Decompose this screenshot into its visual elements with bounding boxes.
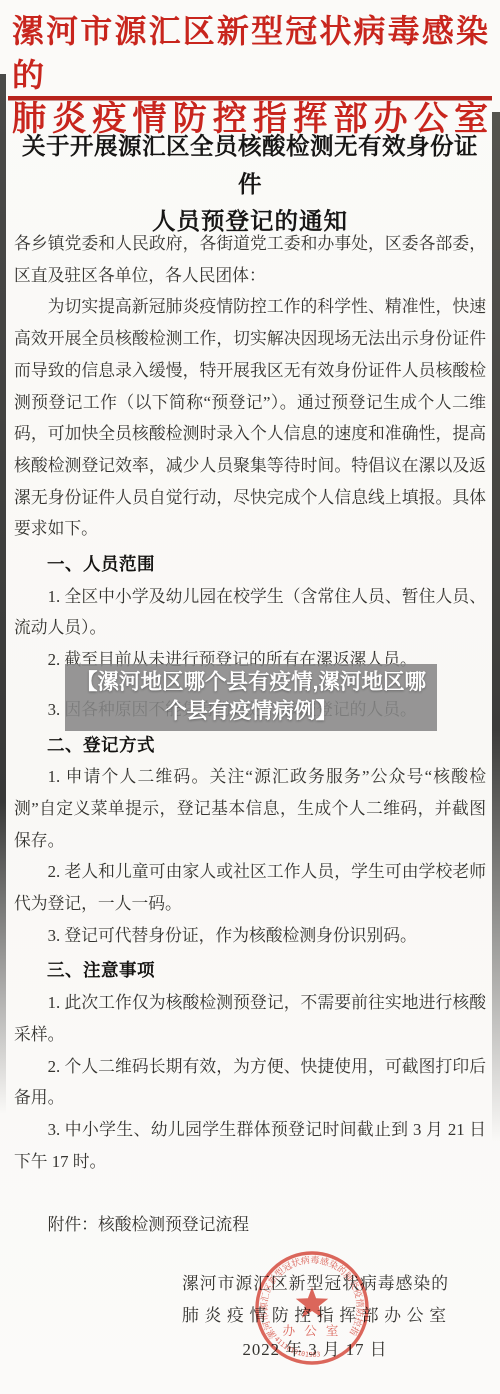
seal-center-text: 办 公 室: [283, 1323, 342, 1338]
section-3-heading: 三、注意事项: [47, 955, 486, 987]
section-3-item-3: 3. 中小学生、幼儿园学生群体预登记时间截止到 3 月 21 日下午 17 时。: [14, 1114, 486, 1177]
attachment-line: 附件：核酸检测预登记流程: [14, 1209, 486, 1241]
section-3-item-1: 1. 此次工作仅为核酸检测预登记，不需要前往实地进行核酸采样。: [14, 987, 486, 1050]
scanned-notice-page: 漯河市源汇区新型冠状病毒感染的 肺炎疫情防控指挥部办公室 关于开展源汇区全员核酸…: [0, 0, 500, 1394]
intro-paragraph: 为切实提高新冠肺炎疫情防控工作的科学性、精准性，快速高效开展全员核酸检测工作，切…: [14, 291, 486, 545]
section-2-heading: 二、登记方式: [47, 730, 486, 762]
section-3-item-2: 2. 个人二维码长期有效，为方便、快捷使用，可截图打印后备用。: [14, 1051, 486, 1114]
letterhead: 漯河市源汇区新型冠状病毒感染的 肺炎疫情防控指挥部办公室: [12, 9, 488, 143]
letterhead-divider: [8, 96, 492, 100]
watermark-line2: 个县有疫情病例】: [65, 697, 437, 726]
section-2-item-1: 1. 申请个人二维码。关注“源汇政务服务”公众号“核酸检测”自定义菜单提示，登记…: [14, 761, 486, 856]
section-2-item-2: 2. 老人和儿童可由家人或社区工作人员，学生可由学校老师代为登记，一人一码。: [14, 856, 486, 919]
watermark-overlay: 【漯河地区哪个县有疫情,漯河地区哪 个县有疫情病例】: [65, 664, 437, 731]
document-title: 关于开展源汇区全员核酸检测无有效身份证件 人员预登记的通知: [14, 128, 486, 240]
document-title-line1: 关于开展源汇区全员核酸检测无有效身份证件: [14, 128, 486, 204]
salutation: 各乡镇党委和人民政府，各街道党工委和办事处，区委各部委，区直及驻区各单位，各人民…: [14, 228, 486, 291]
notice-body: 各乡镇党委和人民政府，各街道党工委和办事处，区委各部委，区直及驻区各单位，各人民…: [14, 228, 486, 1241]
scan-edge-left: [0, 74, 6, 1114]
seal-star-icon: [296, 1287, 328, 1318]
scan-edge-right: [492, 112, 500, 1142]
section-2-item-3: 3. 登记可代替身份证，作为核酸检测身份识别码。: [14, 920, 486, 952]
official-seal: 漯河市源汇区新型冠状病毒感染的肺炎疫情防控指挥部 办 公 室 411101010…: [252, 1246, 372, 1370]
section-1-item-1: 1. 全区中小学及幼儿园在校学生（含常住人员、暂住人员、流动人员）。: [14, 581, 486, 644]
seal-number: 4111010101983: [273, 1335, 321, 1359]
section-1-heading: 一、人员范围: [47, 549, 486, 581]
letterhead-line1: 漯河市源汇区新型冠状病毒感染的: [12, 9, 488, 97]
watermark-line1: 【漯河地区哪个县有疫情,漯河地区哪: [65, 668, 437, 697]
